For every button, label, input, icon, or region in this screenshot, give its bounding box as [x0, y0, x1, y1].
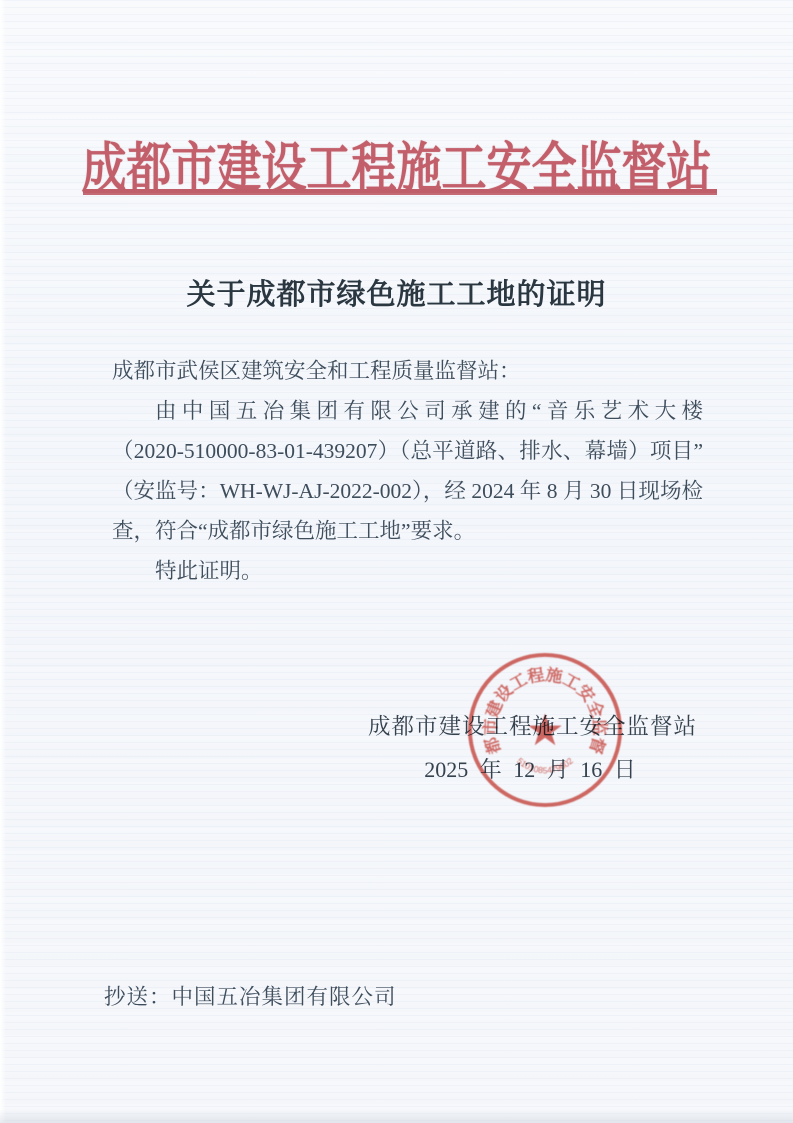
scanned-document-page: 成都市建设工程施工安全监督站 关于成都市绿色施工工地的证明 成都市武侯区建筑安全…	[0, 0, 793, 1123]
document-title: 关于成都市绿色施工工地的证明	[0, 272, 793, 313]
signature-date: 2025 年 12 月 16 日	[368, 753, 692, 784]
copy-to-line: 抄送：中国五冶集团有限公司	[104, 980, 397, 1011]
body-line-closing: 特此证明。	[112, 551, 703, 591]
body-line-salutation: 成都市武侯区建筑安全和工程质量监督站：	[112, 351, 703, 391]
body-line: （安监号：WH-WJ-AJ-2022-002），经 2024 年 8 月 30 …	[112, 471, 703, 511]
document-body: 成都市武侯区建筑安全和工程质量监督站： 由中国五冶集团有限公司承建的“音乐艺术大…	[112, 351, 703, 591]
seal-arc-text: 成都市建设工程施工安全监督站	[466, 651, 610, 757]
letterhead-double-rule	[83, 189, 717, 195]
footer-rule	[76, 1027, 719, 1034]
svg-text:成都市建设工程施工安全监督站: 成都市建设工程施工安全监督站	[466, 651, 610, 757]
page-bottom-shadow	[0, 1109, 793, 1123]
body-line: 查，符合“成都市绿色施工工地”要求。	[112, 511, 703, 551]
body-line: 由中国五冶集团有限公司承建的“音乐艺术大楼	[112, 391, 703, 431]
body-line: （2020-510000-83-01-439207）（总平道路、排水、幕墙）项目…	[112, 431, 703, 471]
signature-organization: 成都市建设工程施工安全监督站	[368, 709, 692, 741]
